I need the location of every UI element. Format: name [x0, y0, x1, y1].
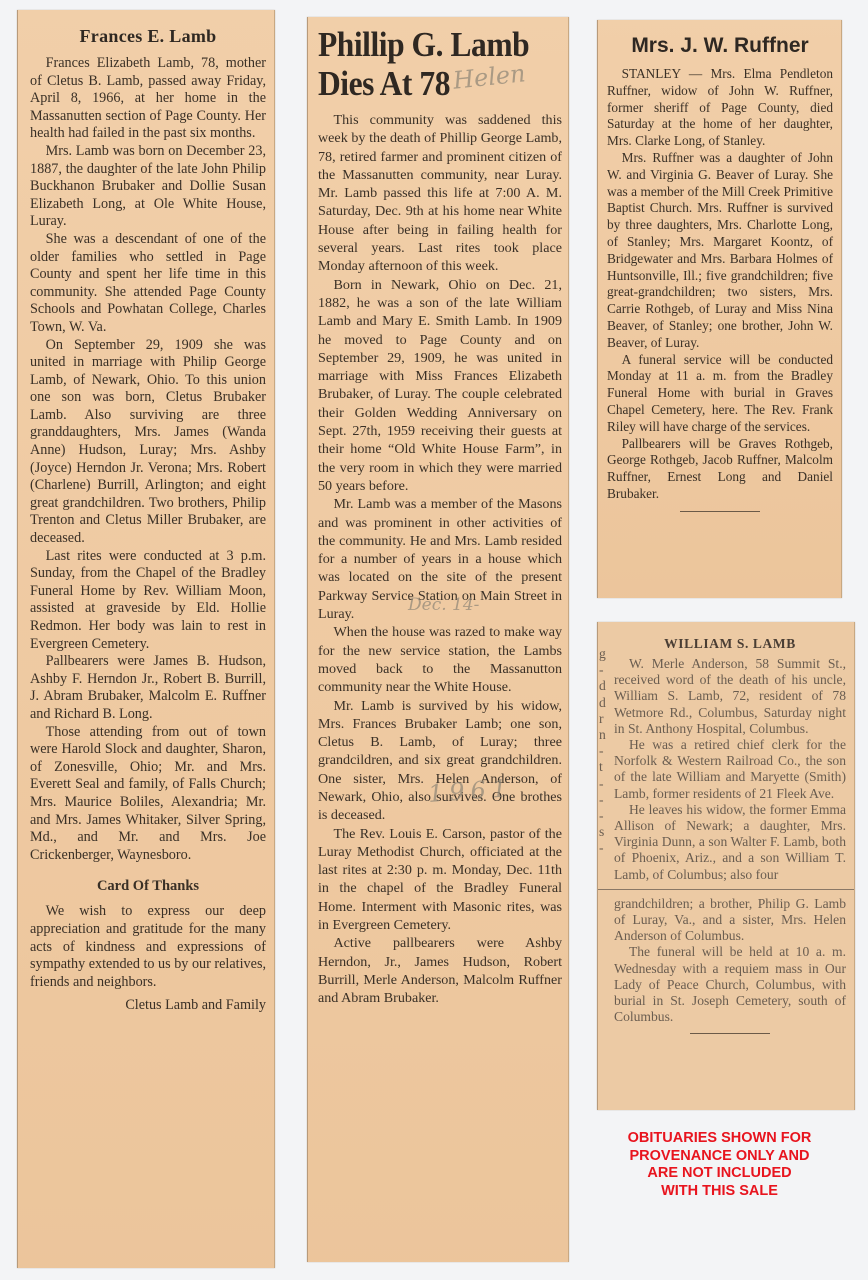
paragraph: Frances Elizabeth Lamb, 78, mother of Cl…	[30, 55, 266, 143]
adjacent-column-fragment: g-ddrn-t---s-	[599, 646, 609, 857]
handwritten-note: 1961	[427, 774, 514, 808]
provenance-notice: OBITUARIES SHOWN FOR PROVENANCE ONLY AND…	[597, 1130, 842, 1200]
paragraph: She was a descendant of one of the older…	[30, 231, 266, 337]
paragraph: Those attending from out of town were Ha…	[30, 724, 266, 865]
notice-line: WITH THIS SALE	[597, 1183, 842, 1201]
paragraph: Mrs. Ruffner was a daughter of John W. a…	[607, 150, 833, 352]
paragraph: This community was saddened this week by…	[318, 111, 562, 276]
paragraph: The Rev. Louis E. Carson, pastor of the …	[318, 825, 562, 935]
paragraph: When the house was razed to make way for…	[318, 623, 562, 696]
paragraph: W. Merle Anderson, 58 Summit St., receiv…	[614, 656, 846, 737]
headline: Mrs. J. W. Ruffner	[607, 34, 833, 58]
paragraph: Active pallbearers were Ashby Herndon, J…	[318, 934, 562, 1007]
card-of-thanks-signoff: Cletus Lamb and Family	[30, 997, 266, 1014]
paragraph: He was a retired chief clerk for the Nor…	[614, 737, 846, 802]
paragraph: STANLEY — Mrs. Elma Pendleton Ruffner, w…	[607, 66, 833, 150]
paragraph: Born in Newark, Ohio on Dec. 21, 1882, h…	[318, 276, 562, 496]
paragraph: Pallbearers were James B. Hudson, Ashby …	[30, 653, 266, 723]
divider	[690, 1033, 770, 1034]
clipping-join-line	[598, 889, 854, 890]
handwritten-note: Dec. 14-	[408, 595, 479, 615]
paragraph: Last rites were conducted at 3 p.m. Sund…	[30, 548, 266, 654]
paragraph: He leaves his widow, the former Emma All…	[614, 802, 846, 883]
card-of-thanks-heading: Card Of Thanks	[30, 878, 266, 895]
headline-line-1: Phillip G. Lamb	[318, 25, 538, 64]
paragraph: The funeral will be held at 10 a. m. Wed…	[614, 944, 846, 1025]
paragraph: A funeral service will be conducted Mond…	[607, 352, 833, 436]
paragraph: On September 29, 1909 she was united in …	[30, 337, 266, 548]
obituary-clipping-phillip-lamb: Phillip G. Lamb Dies At 78 Helen Dec. 14…	[307, 17, 569, 1262]
obituary-clipping-william-lamb: g-ddrn-t---s- WILLIAM S. LAMB W. Merle A…	[597, 622, 855, 1110]
notice-line: ARE NOT INCLUDED	[597, 1165, 842, 1183]
paragraph: grandchildren; a brother, Philip G. Lamb…	[614, 896, 846, 945]
notice-line: OBITUARIES SHOWN FOR	[597, 1130, 842, 1148]
headline: Frances E. Lamb	[30, 26, 266, 47]
paragraph: Mrs. Lamb was born on December 23, 1887,…	[30, 143, 266, 231]
notice-line: PROVENANCE ONLY AND	[597, 1148, 842, 1166]
divider	[680, 511, 760, 512]
paragraph: Pallbearers will be Graves Rothgeb, Geor…	[607, 436, 833, 503]
headline: WILLIAM S. LAMB	[614, 636, 846, 652]
card-of-thanks-text: We wish to express our deep appreciation…	[30, 903, 266, 991]
obituary-clipping-ruffner: Mrs. J. W. Ruffner STANLEY — Mrs. Elma P…	[597, 20, 842, 598]
obituary-clipping-frances-lamb: Frances E. Lamb Frances Elizabeth Lamb, …	[17, 10, 275, 1268]
